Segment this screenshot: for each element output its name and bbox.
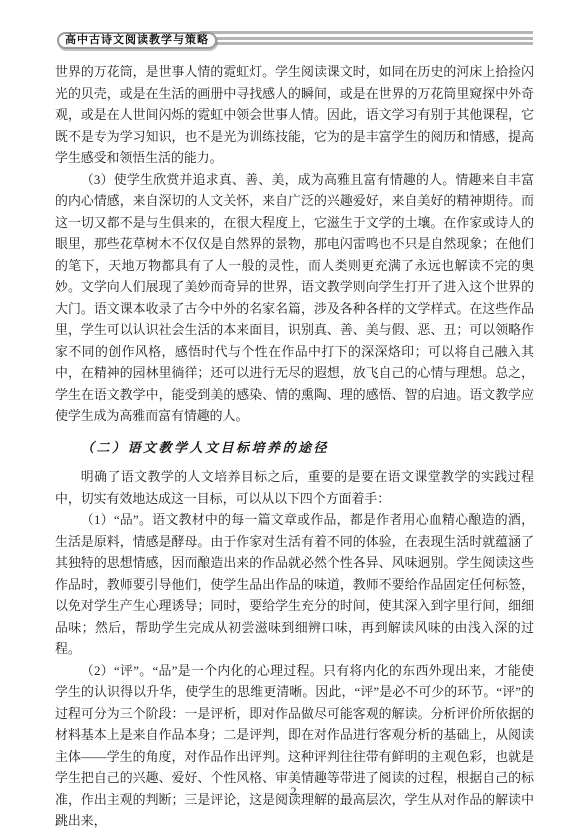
paragraph-item-1-pin: （1）“品”。语文教材中的每一篇文章或作品，都是作者用心血精心酿造的酒，生活是原… xyxy=(55,510,534,661)
header-rule-line xyxy=(200,31,533,34)
book-title: 高中古诗文阅读教学与策略 xyxy=(65,34,209,46)
page-header: 高中古诗文阅读教学与策略 xyxy=(0,0,587,56)
paragraph-transition: 明确了语文教学的人文培养目标之后，重要的是要在语文课堂教学的实践过程中，切实有效… xyxy=(55,467,534,510)
paragraph-continuation: 世界的万花筒，是世事人情的霓虹灯。学生阅读课文时，如同在历史的河床上拾捡闪光的贝… xyxy=(55,62,534,170)
book-title-badge: 高中古诗文阅读教学与策略 xyxy=(57,32,217,49)
page-number: 2 xyxy=(291,784,297,798)
header-rule-line xyxy=(200,37,533,40)
page-footer: 2 xyxy=(0,782,587,800)
header-rule-line xyxy=(200,42,533,45)
page-content: 世界的万花筒，是世事人情的霓虹灯。学生阅读课文时，如同在历史的河床上拾捡闪光的贝… xyxy=(55,62,534,830)
section-heading: （二）语文教学人文目标培养的途径 xyxy=(55,437,534,459)
paragraph-point-3: （3）使学生欣赏并追求真、善、美，成为高雅且富有情趣的人。情趣来自丰富的内心情感… xyxy=(55,170,534,428)
book-page: 高中古诗文阅读教学与策略 世界的万花筒，是世事人情的霓虹灯。学生阅读课文时，如同… xyxy=(0,0,587,830)
header-decorative-lines xyxy=(200,31,533,48)
paragraph-item-2-ping: （2）“评”。“品”是一个内化的心理过程。只有将内化的东西外现出来，才能使学生的… xyxy=(55,661,534,830)
